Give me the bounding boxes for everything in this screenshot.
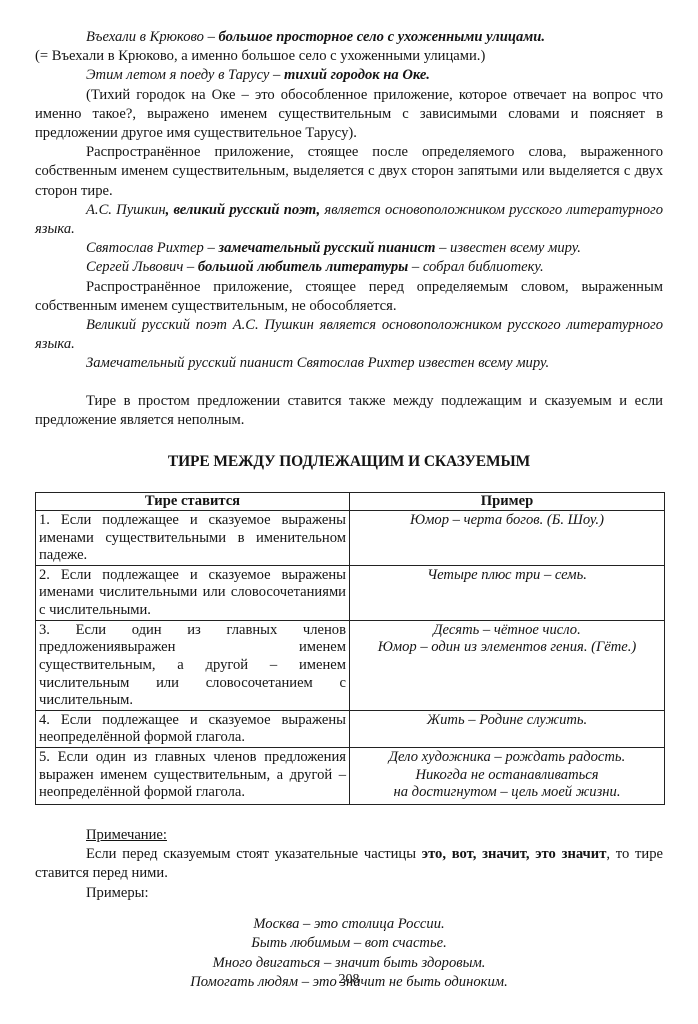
example-krukovo: Въехали в Крюково – большое просторное с…: [35, 28, 663, 47]
page-number: 208: [0, 972, 698, 988]
header-condition: Тире ставится: [36, 493, 350, 511]
table-row: 5. Если один из главных членов предложен…: [36, 748, 665, 805]
condition-cell: 4. Если подлежащее и сказуемое выражены …: [36, 710, 350, 747]
note-example: Быть любимым – вот счастье.: [35, 934, 663, 954]
condition-cell: 2. Если подлежащее и сказуемое выражены …: [36, 565, 350, 620]
dash-rules-table: Тире ставится Пример 1. Если подлежащее …: [35, 492, 665, 805]
example-cell: Жить – Родине служить.: [350, 710, 665, 747]
example-cell: Дело художника – рождать радость.Никогда…: [350, 748, 665, 805]
example-richter: Святослав Рихтер – замечательный русский…: [35, 239, 663, 258]
table-row: 1. Если подлежащее и сказуемое выражены …: [36, 511, 665, 566]
note-title: Примечание:: [35, 826, 663, 845]
explanation-krukovo: (= Въехали в Крюково, а именно большое с…: [35, 47, 663, 66]
table-row: 3. Если один из главных членов предложен…: [36, 620, 665, 710]
rule-after-noun: Распространённое приложение, стоящее пос…: [35, 143, 663, 201]
table-row: 2. Если подлежащее и сказуемое выражены …: [36, 565, 665, 620]
example-pushkin: А.С. Пушкин, великий русский поэт, являе…: [35, 201, 663, 239]
example-sergey: Сергей Львович – большой любитель литера…: [35, 258, 663, 277]
example-tarusa: Этим летом я поеду в Тарусу – тихий горо…: [35, 66, 663, 85]
example-richter-2: Замечательный русский пианист Святослав …: [35, 354, 663, 373]
page-content: Въехали в Крюково – большое просторное с…: [35, 28, 663, 993]
condition-cell: 3. Если один из главных членов предложен…: [36, 620, 350, 710]
example-cell: Четыре плюс три – семь.: [350, 565, 665, 620]
section-title: ТИРЕ МЕЖДУ ПОДЛЕЖАЩИМ И СКАЗУЕМЫМ: [35, 453, 663, 471]
note-example: Москва – это столица России.: [35, 915, 663, 935]
condition-cell: 1. Если подлежащее и сказуемое выражены …: [36, 511, 350, 566]
example-pushkin-2: Великий русский поэт А.С. Пушкин являетс…: [35, 316, 663, 354]
rule-dash-intro: Тире в простом предложении ставится такж…: [35, 392, 663, 430]
condition-cell: 5. Если один из главных членов предложен…: [36, 748, 350, 805]
table-header-row: Тире ставится Пример: [36, 493, 665, 511]
example-cell: Юмор – черта богов. (Б. Шоу.): [350, 511, 665, 566]
note-text: Если перед сказуемым стоят указательные …: [35, 845, 663, 883]
table-row: 4. Если подлежащее и сказуемое выражены …: [36, 710, 665, 747]
examples-label: Примеры:: [35, 884, 663, 903]
header-example: Пример: [350, 493, 665, 511]
rule-before-noun: Распространённое приложение, стоящее пер…: [35, 278, 663, 316]
explanation-tarusa: (Тихий городок на Оке – это обособленное…: [35, 86, 663, 144]
example-cell: Десять – чётное число.Юмор – один из эле…: [350, 620, 665, 710]
note-example: Много двигаться – значит быть здоровым.: [35, 954, 663, 974]
